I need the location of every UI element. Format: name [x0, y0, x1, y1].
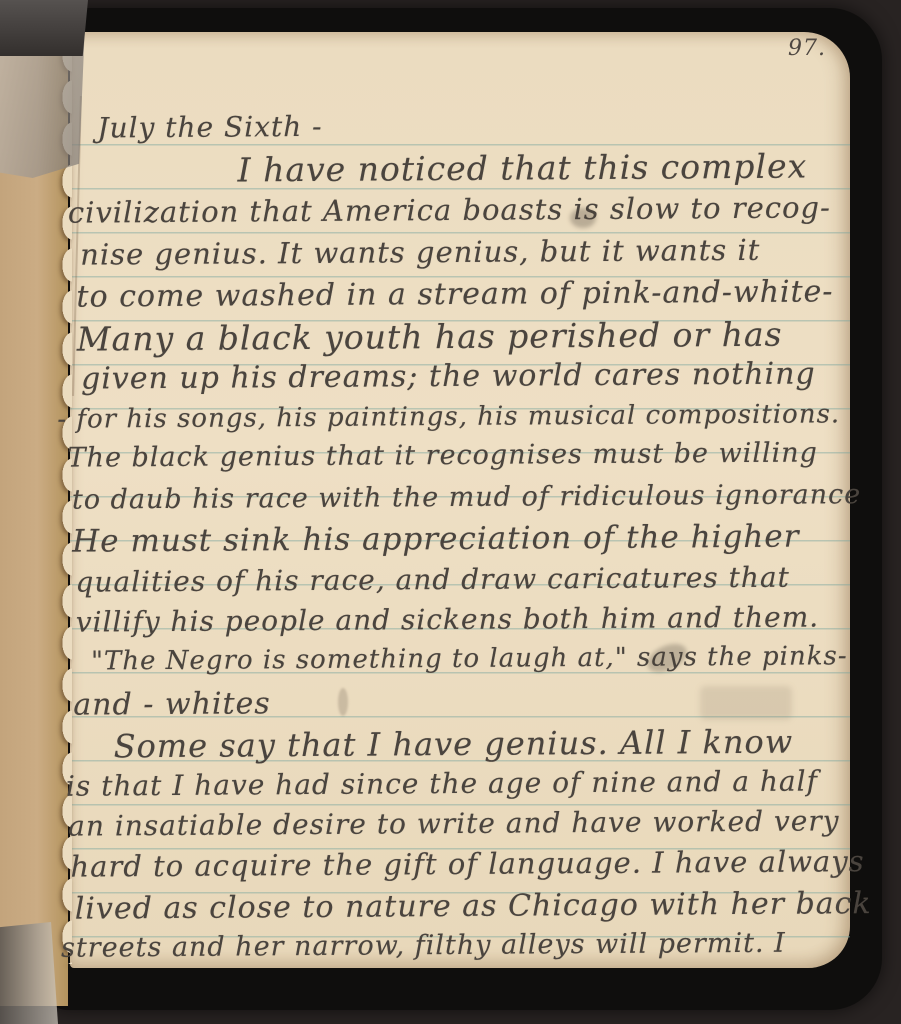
diary-page	[70, 32, 850, 968]
ink-smudge	[338, 688, 348, 716]
page-number: 97.	[788, 36, 826, 61]
ruled-lines	[70, 144, 850, 974]
glass-weight-bottom-left	[0, 922, 58, 1024]
photographed-diary-page: 97. July the Sixth -I have noticed that …	[0, 0, 901, 1024]
ink-smudge	[570, 208, 596, 228]
glass-weight-top-left	[0, 0, 86, 178]
ink-bleedthrough	[700, 686, 792, 720]
glass-weight-cap	[0, 0, 88, 56]
